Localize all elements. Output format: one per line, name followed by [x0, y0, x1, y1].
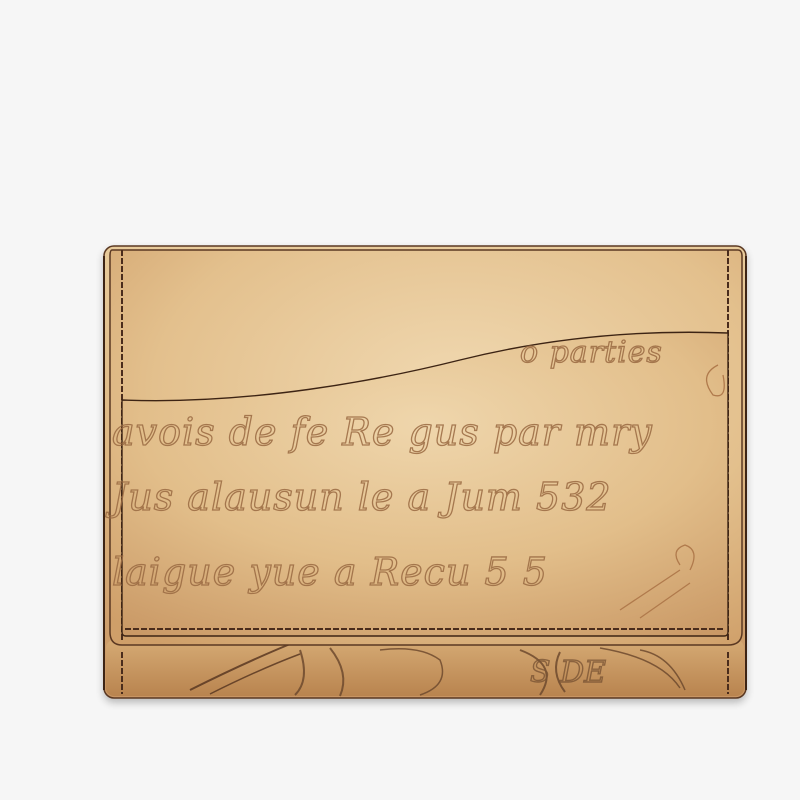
- back-emblem-text: S DE: [530, 655, 606, 690]
- engraving-pocket-top: o parties: [520, 335, 663, 370]
- engraving-line-1: avois de fe Re gus par mry: [112, 410, 653, 454]
- engraving-line-2: Jus alausun le a Jum 532: [105, 475, 612, 519]
- back-panel: [106, 640, 744, 696]
- product-photo: S DE o parties avois de fe Re gus par mr…: [0, 0, 800, 800]
- card-holder: S DE o parties avois de fe Re gus par mr…: [0, 0, 800, 800]
- engraving-line-3: laigue yue a Recu 5 5: [112, 550, 548, 594]
